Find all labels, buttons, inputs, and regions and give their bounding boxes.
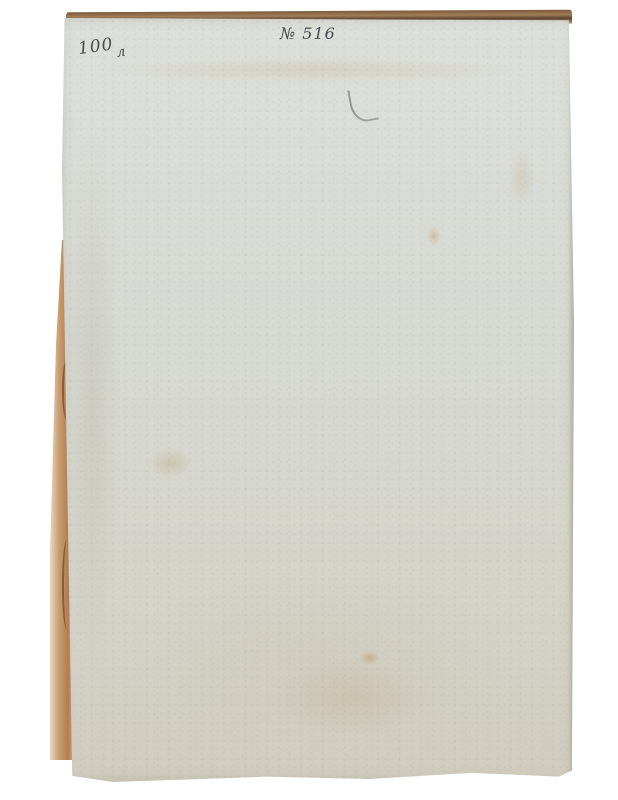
sheet-count-annotation: 100л	[77, 33, 125, 59]
pencil-mark	[347, 86, 379, 124]
archive-number-annotation: № 516	[280, 24, 336, 43]
sheet-count-value: 100	[77, 34, 115, 59]
document-cover-page: 100л № 516	[62, 18, 574, 782]
page-right-edge-shadow	[568, 18, 574, 782]
sheet-count-unit: л	[115, 44, 127, 61]
